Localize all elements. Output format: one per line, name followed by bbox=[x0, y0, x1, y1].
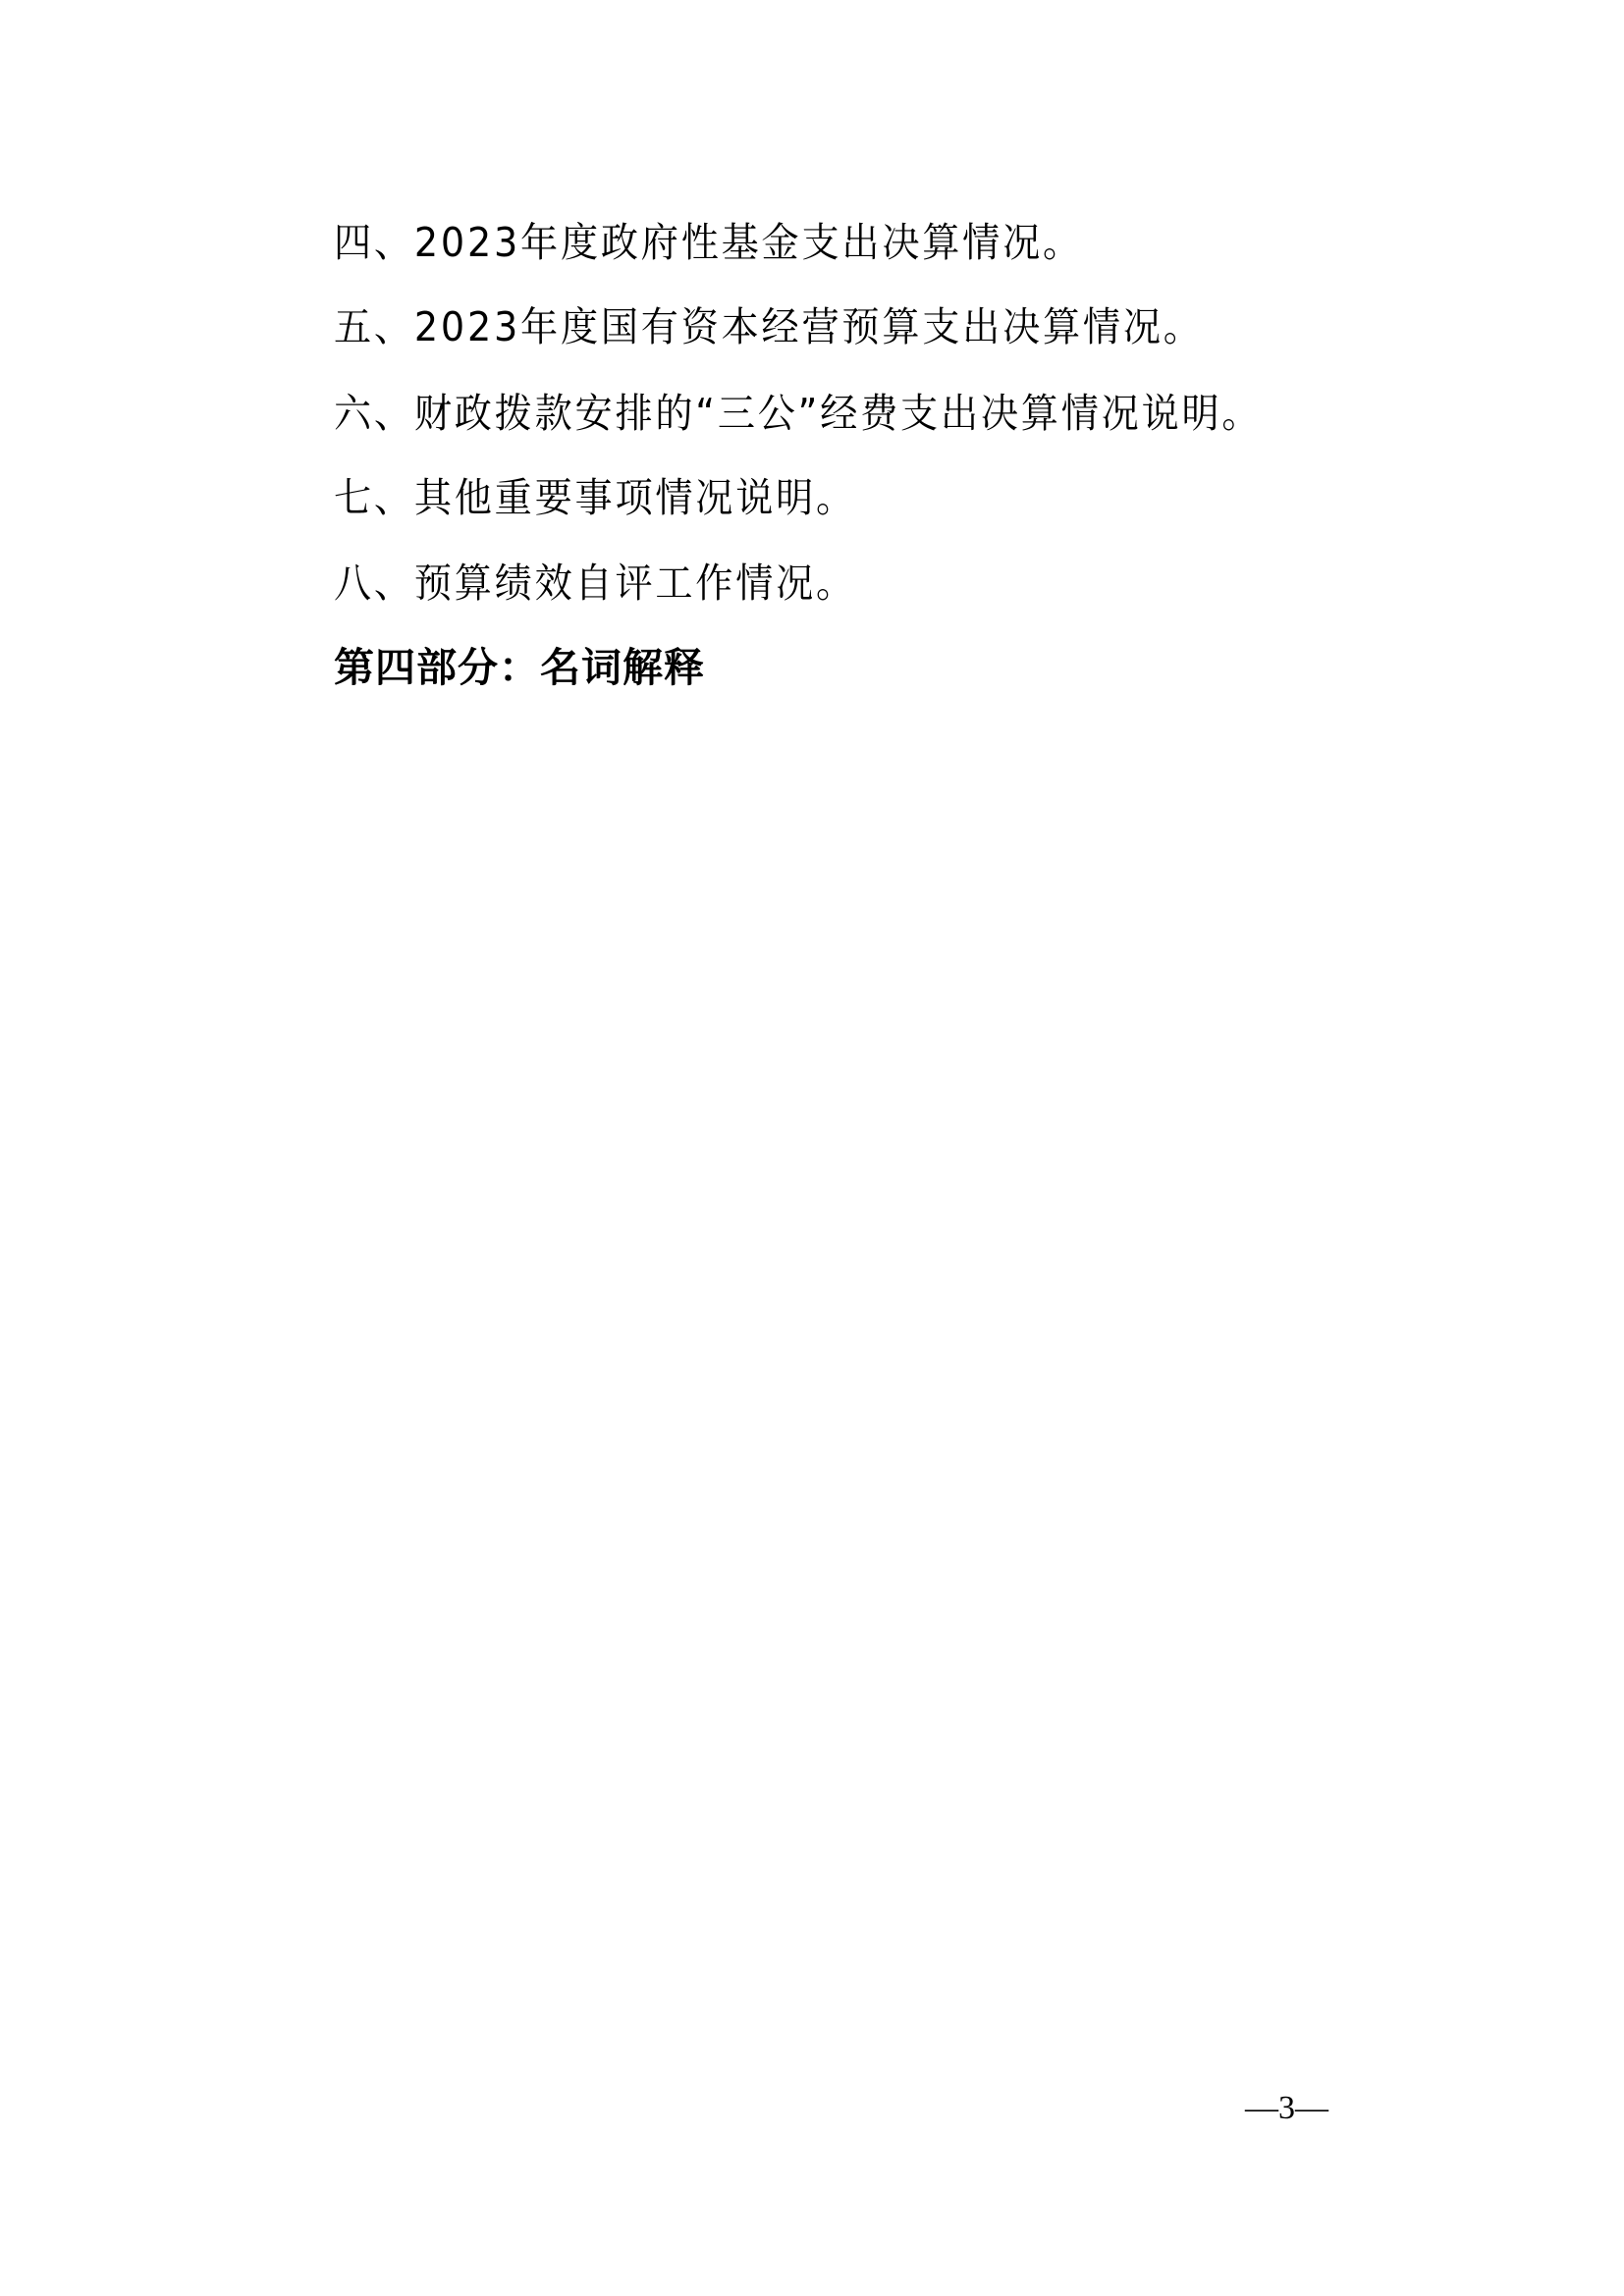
toc-item-government-fund-expenditure: 四、2023年度政府性基金支出决算情况。 bbox=[334, 218, 1083, 267]
toc-item-other-important-matters: 七、其他重要事项情况说明。 bbox=[334, 473, 856, 522]
section-heading-glossary: 第四部分：名词解释 bbox=[334, 643, 705, 692]
page-number: —3— bbox=[1245, 2089, 1328, 2128]
document-page: 四、2023年度政府性基金支出决算情况。 五、2023年度国有资本经营预算支出决… bbox=[0, 0, 1624, 2296]
toc-item-performance-self-evaluation: 八、预算绩效自评工作情况。 bbox=[334, 559, 856, 608]
toc-item-state-capital-expenditure: 五、2023年度国有资本经营预算支出决算情况。 bbox=[334, 302, 1204, 351]
toc-item-three-public-expenses: 六、财政拨款安排的“三公”经费支出决算情况说明。 bbox=[334, 389, 1262, 438]
